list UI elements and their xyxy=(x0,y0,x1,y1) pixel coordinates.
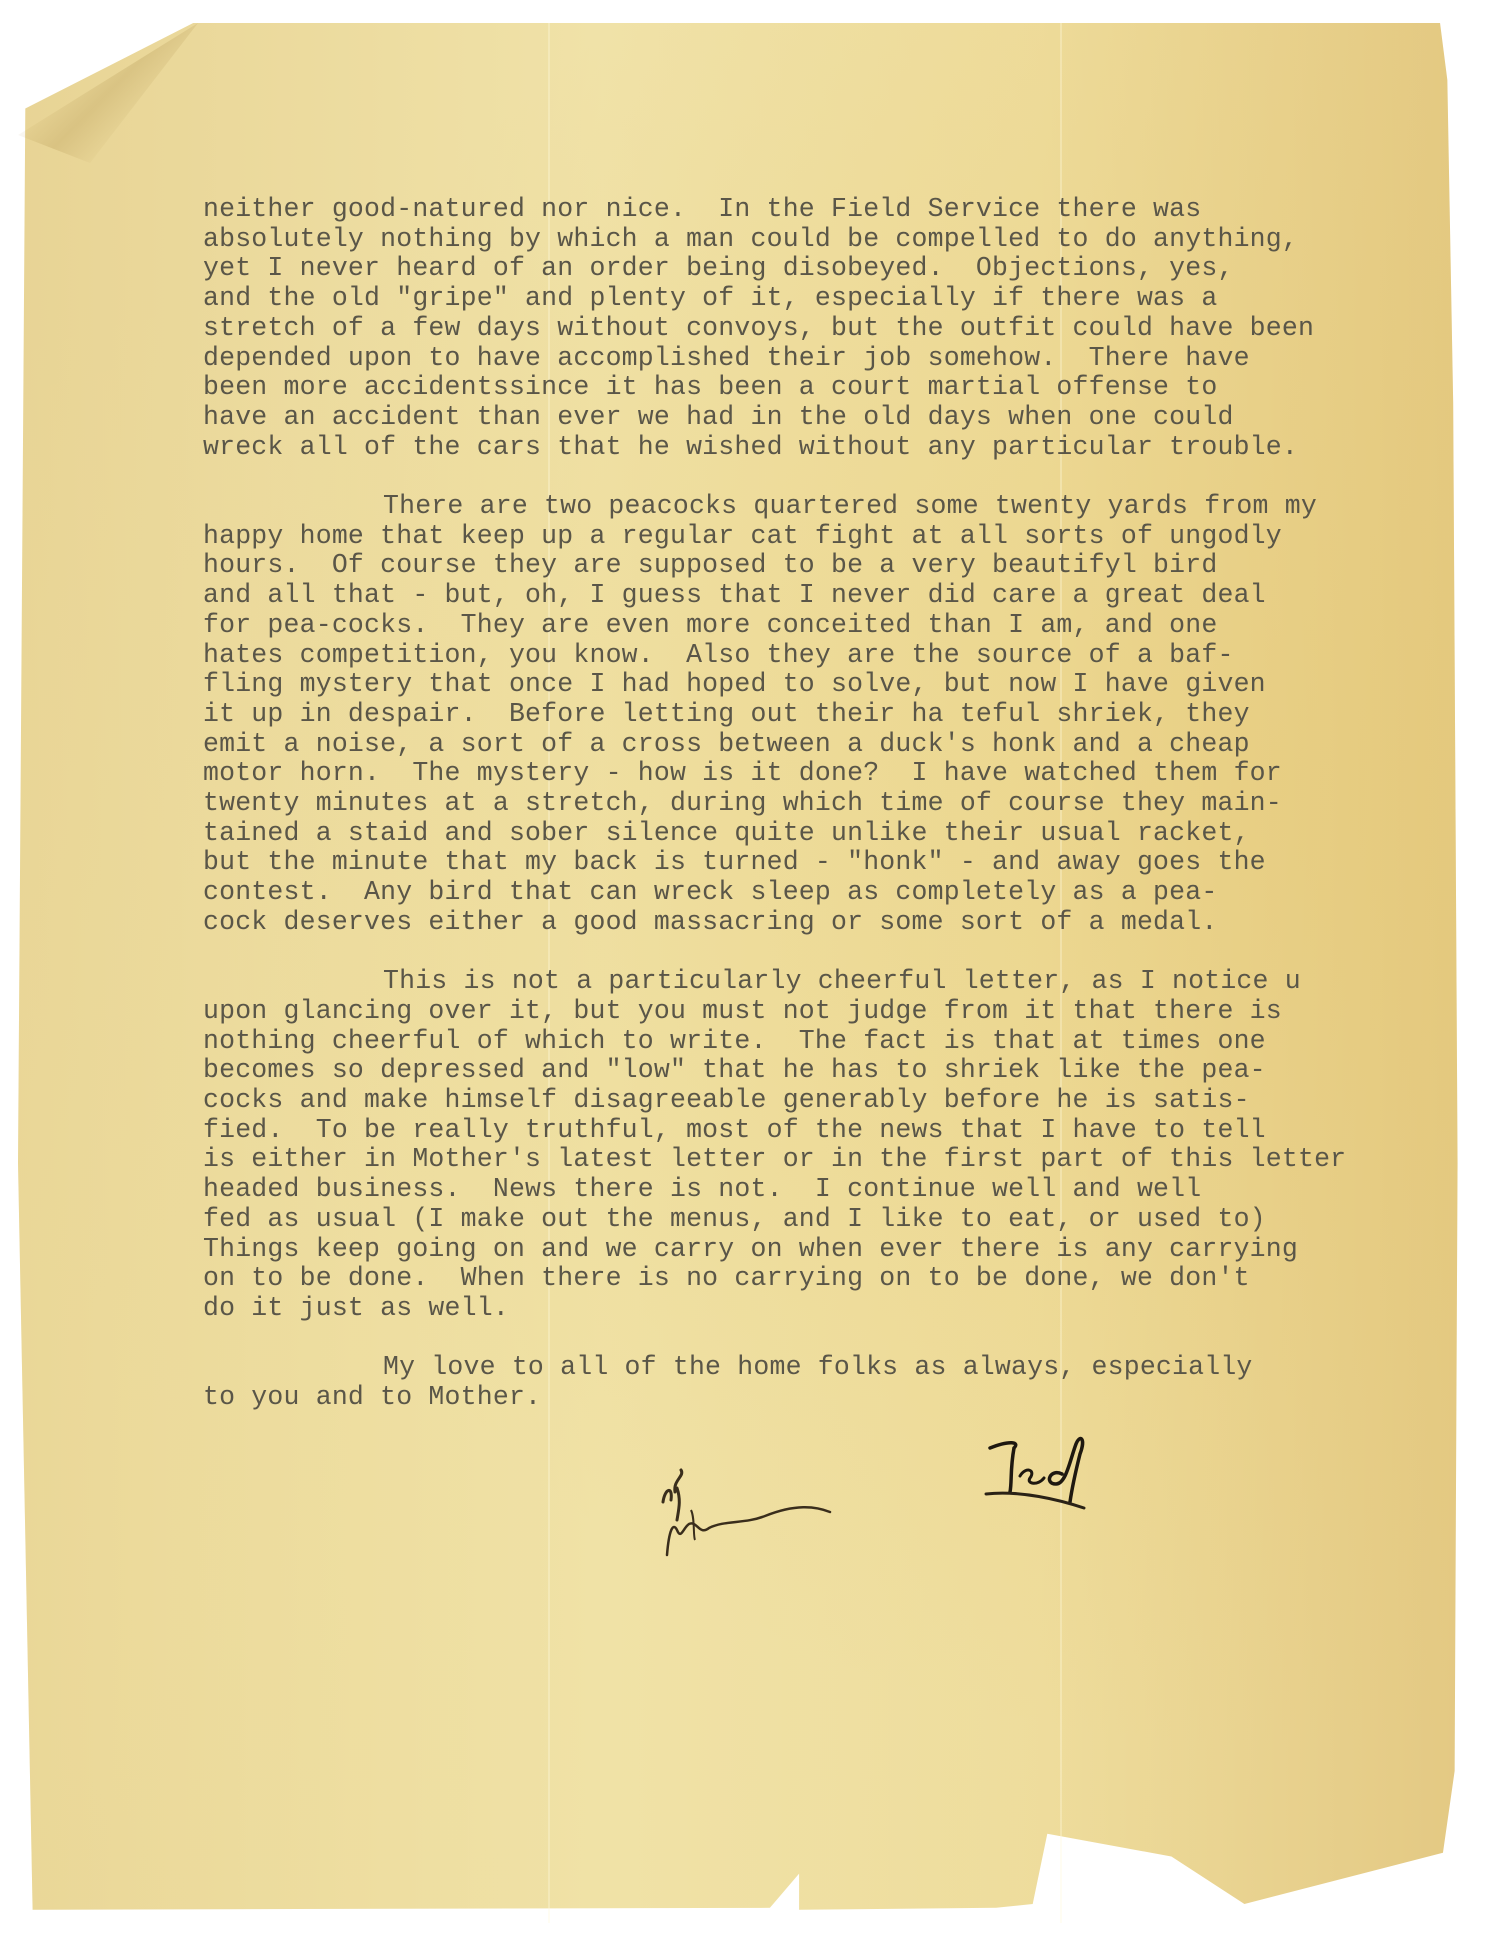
text-line: absolutely nothing by which a man could … xyxy=(203,225,1483,255)
text-line: emit a noise, a sort of a cross between … xyxy=(203,730,1483,760)
text-line: contest. Any bird that can wreck sleep a… xyxy=(203,878,1483,908)
text-line: to you and to Mother. xyxy=(203,1383,1483,1413)
text-line: happy home that keep up a regular cat fi… xyxy=(203,522,1483,552)
text-line: for pea-cocks. They are even more concei… xyxy=(203,611,1483,641)
text-line: hours. Of course they are supposed to be… xyxy=(203,551,1483,581)
paragraph-peacocks: There are two peacocks quartered some tw… xyxy=(203,492,1483,938)
text-line: and the old "gripe" and plenty of it, es… xyxy=(203,284,1483,314)
letter-body: neither good-natured nor nice. In the Fi… xyxy=(203,195,1483,1413)
text-line: on to be done. When there is no carrying… xyxy=(203,1264,1483,1294)
text-line: fed as usual (I make out the menus, and … xyxy=(203,1205,1483,1235)
text-line: and all that - but, oh, I guess that I n… xyxy=(203,581,1483,611)
text-line: but the minute that my back is turned - … xyxy=(203,848,1483,878)
text-line: been more accidentssince it has been a c… xyxy=(203,373,1483,403)
signature-scrawl xyxy=(655,1440,875,1570)
signature-ned xyxy=(980,1430,1120,1520)
text-line: fied. To be really truthful, most of the… xyxy=(203,1116,1483,1146)
text-line: fling mystery that once I had hoped to s… xyxy=(203,670,1483,700)
text-line: yet I never heard of an order being diso… xyxy=(203,254,1483,284)
text-line: upon glancing over it, but you must not … xyxy=(203,997,1483,1027)
text-line: Things keep going on and we carry on whe… xyxy=(203,1235,1483,1265)
text-line: hates competition, you know. Also they a… xyxy=(203,641,1483,671)
text-line: tained a staid and sober silence quite u… xyxy=(203,819,1483,849)
text-line: have an accident than ever we had in the… xyxy=(203,403,1483,433)
text-line: There are two peacocks quartered some tw… xyxy=(203,492,1483,522)
text-line: becomes so depressed and "low" that he h… xyxy=(203,1056,1483,1086)
text-line: My love to all of the home folks as alwa… xyxy=(203,1353,1483,1383)
text-line: twenty minutes at a stretch, during whic… xyxy=(203,789,1483,819)
text-line: nothing cheerful of which to write. The … xyxy=(203,1027,1483,1057)
text-line: motor horn. The mystery - how is it done… xyxy=(203,759,1483,789)
text-line: wreck all of the cars that he wished wit… xyxy=(203,433,1483,463)
text-line: depended upon to have accomplished their… xyxy=(203,344,1483,374)
text-line: cock deserves either a good massacring o… xyxy=(203,908,1483,938)
paragraph-not-cheerful: This is not a particularly cheerful lett… xyxy=(203,967,1483,1323)
text-line: This is not a particularly cheerful lett… xyxy=(203,967,1483,997)
paragraph-closing: My love to all of the home folks as alwa… xyxy=(203,1353,1483,1412)
text-line: it up in despair. Before letting out the… xyxy=(203,700,1483,730)
text-line: stretch of a few days without convoys, b… xyxy=(203,314,1483,344)
text-line: do it just as well. xyxy=(203,1294,1483,1324)
text-line: cocks and make himself disagreeable gene… xyxy=(203,1086,1483,1116)
text-line: is either in Mother's latest letter or i… xyxy=(203,1145,1483,1175)
text-line: neither good-natured nor nice. In the Fi… xyxy=(203,195,1483,225)
paragraph-field-service: neither good-natured nor nice. In the Fi… xyxy=(203,195,1483,462)
text-line: headed business. News there is not. I co… xyxy=(203,1175,1483,1205)
